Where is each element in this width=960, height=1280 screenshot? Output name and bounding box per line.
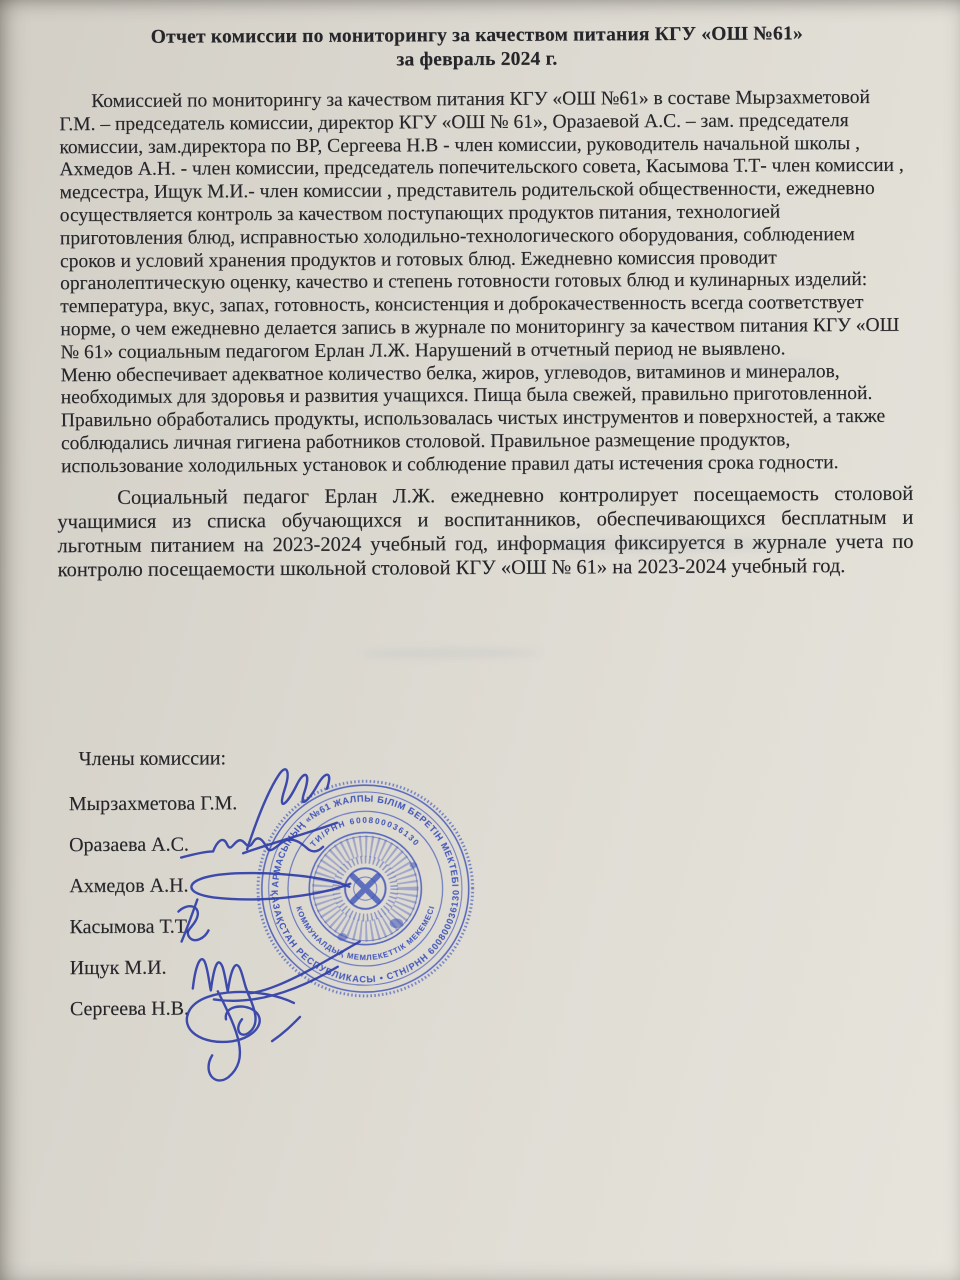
bleedthrough-smudge	[360, 648, 540, 659]
scanned-report-page: Отчет комиссии по мониторингу за качеств…	[0, 0, 960, 1280]
handwritten-signatures	[151, 740, 533, 1092]
signature-orazaeva	[181, 838, 323, 858]
paragraph-menu-quality: Меню обеспечивает адекватное количество …	[61, 360, 910, 478]
signature-sergeeva-tail	[208, 991, 300, 1081]
signature-akhmedov	[191, 873, 350, 900]
paragraph-social-pedagog: Социальный педагог Ерлан Л.Ж. ежедневно …	[57, 481, 913, 581]
document-title: Отчет комиссии по мониторингу за качеств…	[57, 22, 897, 74]
title-line-2: за февраль 2024 г.	[57, 46, 897, 74]
signature-kasymova	[178, 899, 208, 941]
signature-myrzakhmetova	[247, 769, 330, 849]
paragraph-commission-composition: Комиссией по мониторингу за качеством пи…	[59, 87, 908, 365]
document-content: Отчет комиссии по мониторингу за качеств…	[0, 0, 960, 1280]
title-line-1: Отчет комиссии по мониторингу за качеств…	[57, 22, 897, 50]
